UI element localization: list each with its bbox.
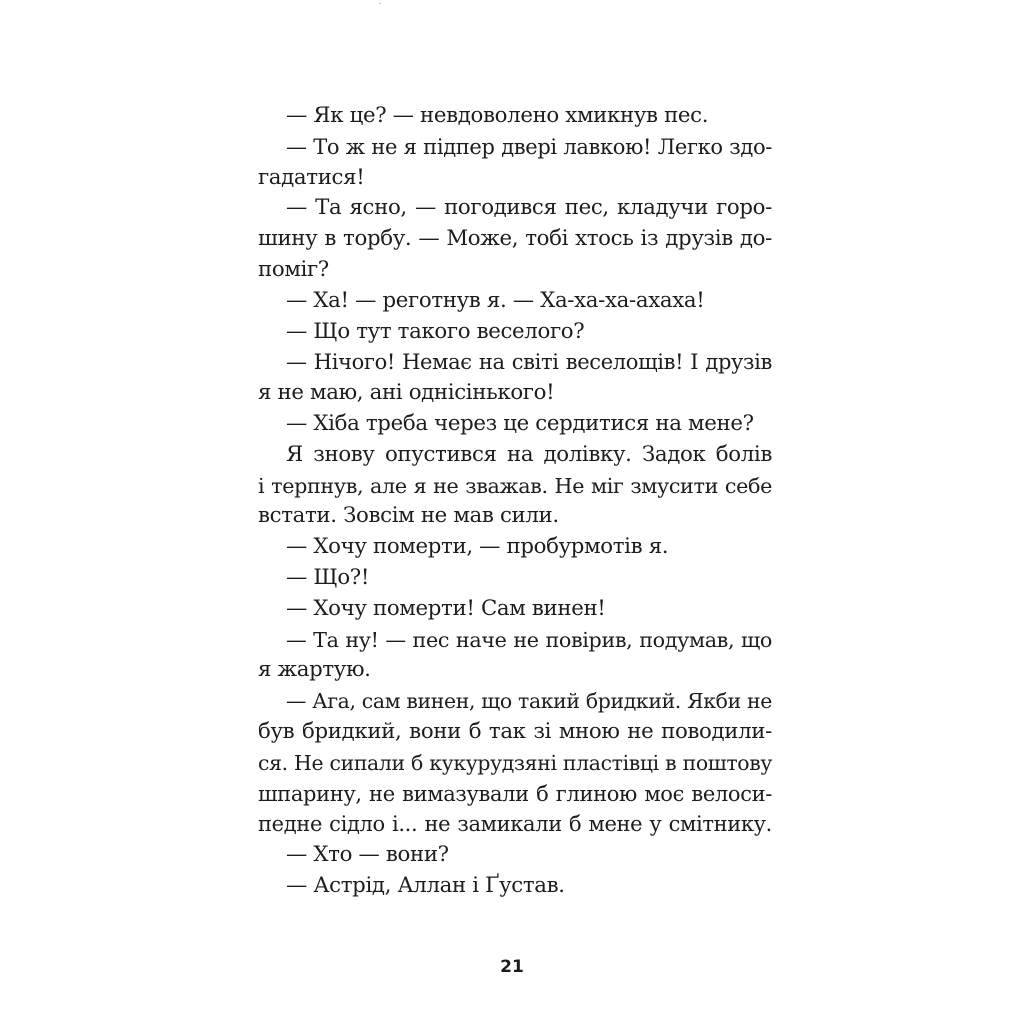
text-line: Я знову опустився на долівку. Задок болі… (258, 440, 772, 471)
text-line: — Хочу померти, — пробурмотів я. (258, 532, 772, 563)
scan-speck (379, 3, 381, 4)
text-line: і терпнув, але я не зважав. Не міг змуси… (258, 471, 772, 502)
text-line: — Як це? — невдоволено хмикнув пес. (258, 101, 772, 132)
book-page: — Як це? — невдоволено хмикнув пес. — То… (0, 0, 1024, 1024)
text-line: — Хочу померти! Сам винен! (258, 594, 772, 625)
text-line: — Та ясно, — погодився пес, кладучи горо… (258, 193, 772, 224)
text-line: педне сідло і... не замикали б мене у см… (258, 809, 772, 840)
text-line: — Ха! — реготнув я. — Ха-ха-ха-ахаха! (258, 286, 772, 317)
text-line: — Ага, сам винен, що такий бридкий. Якби… (258, 686, 772, 717)
text-line: гадатися! (258, 163, 772, 194)
text-line: — Хіба треба через це сердитися на мене? (258, 409, 772, 440)
text-line: — Хто — вони? (258, 840, 772, 871)
text-line: — Астрід, Аллан і Ґустав. (258, 871, 772, 902)
page-number: 21 (0, 957, 1024, 977)
text-line: — То ж не я підпер двері лавкою! Легко з… (258, 132, 772, 163)
text-line: — Що тут такого веселого? (258, 317, 772, 348)
text-line: я жартую. (258, 655, 772, 686)
text-line: був бридкий, вони б так зі мною не повод… (258, 717, 772, 748)
text-line: встати. Зовсім не мав сили. (258, 501, 772, 532)
text-line: — Та ну! — пес наче не повірив, подумав,… (258, 625, 772, 656)
text-line: поміг? (258, 255, 772, 286)
text-line: шпарину, не вимазували б глиною моє вело… (258, 779, 772, 810)
body-text: — Як це? — невдоволено хмикнув пес. — То… (258, 101, 772, 902)
text-line: шину в торбу. — Може, тобі хтось із друз… (258, 224, 772, 255)
text-line: — Що?! (258, 563, 772, 594)
text-line: я не маю, ані однісінького! (258, 378, 772, 409)
text-line: ся. Не сипали б кукурудзяні пластівці в … (258, 748, 772, 779)
text-line: — Нічого! Немає на світі веселощів! І др… (258, 347, 772, 378)
